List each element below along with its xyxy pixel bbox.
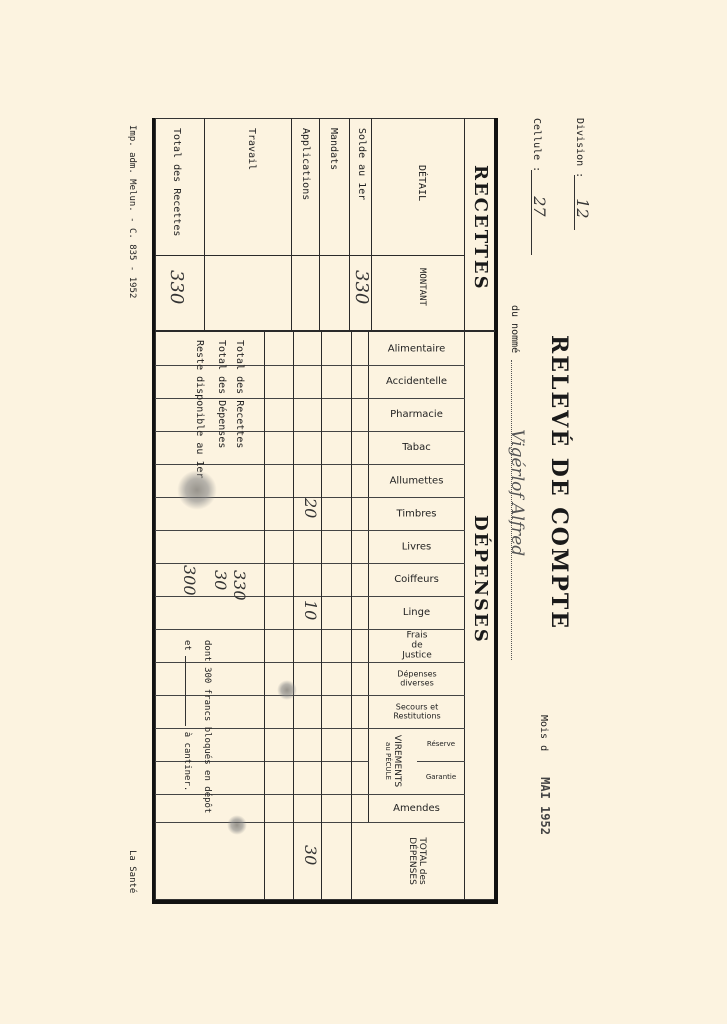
cat-reserve: Réserve — [417, 728, 465, 761]
col-rule — [417, 761, 465, 762]
recettes-amount-col-rule — [155, 255, 372, 256]
summary-total-depenses-label: Total des Dépenses — [216, 340, 227, 448]
division-value: 12 — [573, 198, 592, 218]
summary-total-recettes-value: 330 — [230, 570, 249, 601]
recette-row-label: Total des Recettes — [171, 128, 182, 236]
summary-total-depenses-value: 30 — [211, 570, 230, 590]
division-label: Division : — [574, 118, 585, 178]
mois-value: MAI 1952 — [538, 777, 552, 835]
cat-timbres: Timbres — [369, 497, 465, 530]
virements-group: VIREMENTS au PÉCULE — [369, 728, 417, 794]
recette-row-label: Mandats — [328, 128, 339, 170]
nom-value: Vigérlof Alfred — [507, 429, 527, 556]
frame-edge-bottom — [152, 118, 155, 900]
virements-label: VIREMENTS — [392, 735, 402, 787]
cellule-value: 27 — [530, 196, 549, 216]
recettes-title: RECETTES — [470, 165, 491, 291]
ink-stain — [227, 815, 247, 835]
cellule-field: Cellule : 27 — [530, 118, 549, 217]
col-rule — [155, 596, 465, 597]
recette-row-label: Solde au 1er — [356, 128, 367, 200]
cat-secours: Secours et Restitutions — [369, 695, 465, 728]
col-rule — [155, 563, 465, 564]
ink-stain — [277, 680, 297, 700]
cat-allumettes: Allumettes — [369, 464, 465, 497]
place: La Santé — [127, 850, 137, 893]
recette-total-amount: 330 — [166, 270, 187, 304]
nom-dotted-line — [511, 360, 512, 660]
division-underline — [574, 175, 575, 230]
row-rule — [319, 118, 320, 330]
cellule-underline — [531, 170, 532, 255]
cat-depenses-diverses: Dépenses diverses — [369, 662, 465, 695]
cellule-label: Cellule : — [531, 118, 542, 172]
grid-rule — [264, 332, 265, 900]
row-rule — [291, 118, 292, 330]
depenses-title: DÉPENSES — [470, 515, 491, 644]
timbres-amount: 20 — [301, 498, 320, 518]
division-field: Division : 12 — [573, 118, 592, 219]
col-rule — [155, 629, 465, 630]
rotated-form-sheet: Division : 12 Cellule : 27 RELEVÉ DE COM… — [0, 0, 727, 1024]
recette-row-amount: 330 — [351, 270, 372, 304]
mois-label: Mois d — [538, 715, 549, 751]
summary-note-line1: dont 300 francs bloqués en dépôt — [202, 640, 212, 813]
cat-coiffeurs: Coiffeurs — [369, 563, 465, 596]
frame-edge-top — [494, 118, 498, 904]
grid-rule — [293, 332, 294, 900]
row-rule — [204, 118, 205, 330]
ink-stain — [177, 470, 217, 510]
cat-garantie: Garantie — [417, 761, 465, 794]
nom-label: du nommé — [509, 305, 520, 353]
total-depenses-amount: 30 — [301, 845, 320, 865]
cat-linge: Linge — [369, 596, 465, 629]
cat-livres: Livres — [369, 530, 465, 563]
col-detail: DÉTAIL — [416, 165, 427, 201]
col-rule — [155, 530, 465, 531]
frame-edge-right — [152, 900, 498, 904]
recette-row-label: Travail — [246, 128, 257, 170]
recette-row-label: Applications — [300, 128, 311, 200]
document-title: RELEVÉ DE COMPTE — [546, 335, 572, 630]
summary-note-line2: et à cantiner. — [182, 640, 192, 791]
cat-pharmacie: Pharmacie — [369, 398, 465, 431]
cat-amendes: Amendes — [369, 794, 465, 822]
grid-rule — [351, 332, 352, 900]
grid-rule — [321, 332, 322, 900]
linge-amount: 10 — [301, 600, 320, 620]
summary-reste-label: Reste disponible au 1er — [194, 340, 205, 478]
row-rule — [349, 118, 350, 330]
col-montant: MONTANT — [417, 268, 427, 306]
imprint: Imp. adm. Melun. - C. 835 - 1952 — [127, 125, 137, 298]
cat-frais-justice: Frais de Justice — [369, 629, 465, 662]
nom-field: du nommé Vigérlof Alfred — [507, 305, 527, 655]
cat-tabac: Tabac — [369, 431, 465, 464]
recettes-header-split — [372, 255, 465, 256]
recettes-title-rule — [464, 118, 465, 330]
total-depenses-header: TOTAL des DÉPENSES — [369, 822, 465, 900]
summary-reste-value: 300 — [180, 565, 199, 596]
cat-accidentelle: Accidentelle — [369, 365, 465, 398]
col-rule — [155, 822, 465, 823]
summary-total-recettes-label: Total des Recettes — [234, 340, 245, 448]
mois-field: Mois d MAI 1952 — [538, 715, 552, 835]
cat-alimentaire: Alimentaire — [369, 332, 465, 365]
virements-sub: au PÉCULE — [384, 742, 392, 780]
